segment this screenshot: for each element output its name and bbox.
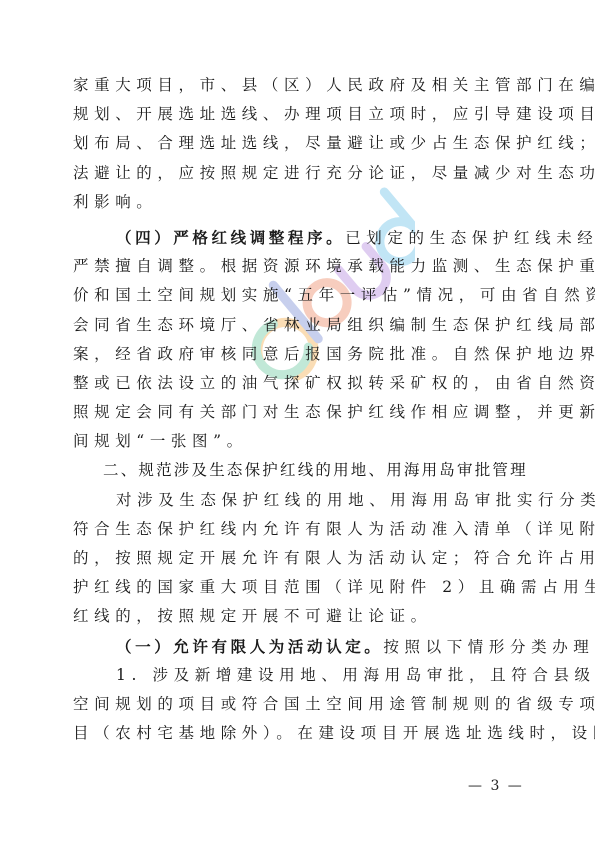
text-line: 照规定会同有关部门对生态保护红线作相应调整，并更新国土空: [73, 398, 525, 427]
text-line: 价和国土空间规划实施“五年一评估”情况，可由省自然资源厅: [73, 281, 525, 310]
subsection-title: （一）允许有限人为活动认定。: [116, 637, 383, 656]
text-line: 1. 涉及新增建设用地、用海用岛审批，且符合县级以上国土: [73, 661, 525, 690]
text-line: 划布局、合理选址选线，尽量避让或少占生态保护红线；确实无: [73, 129, 525, 158]
text-line: 间规划“一张图”。: [73, 427, 525, 456]
document-page: 家重大项目，市、县（区）人民政府及相关主管部门在编制相关 规划、开展选址选线、办…: [0, 0, 595, 841]
text-line: 目（农村宅基地除外）。在建设项目开展选址选线时，设区市人民: [73, 719, 525, 748]
subsection-four-first-line: （四）严格红线调整程序。已划定的生态保护红线未经批准，: [73, 223, 525, 252]
document-body: 家重大项目，市、县（区）人民政府及相关主管部门在编制相关 规划、开展选址选线、办…: [73, 71, 525, 748]
text-line: 整或已依法设立的油气探矿权拟转采矿权的，由省自然资源厅按: [73, 369, 525, 398]
page-number: — 3 —: [468, 778, 524, 794]
text-span: 按照以下情形分类办理：: [383, 638, 595, 656]
text-line: 护红线的国家重大项目范围（详见附件 2）且确需占用生态保护: [73, 573, 525, 602]
text-line: 符合生态保护红线内允许有限人为活动准入清单（详见附件 1）: [73, 515, 525, 544]
text-span: 已划定的生态保护红线未经批准，: [345, 229, 595, 247]
section-heading: 二、规范涉及生态保护红线的用地、用海用岛审批管理: [73, 456, 525, 485]
subsection-one-line: （一）允许有限人为活动认定。按照以下情形分类办理：: [73, 632, 525, 661]
text-line: 法避让的，应按照规定进行充分论证，尽量减少对生态功能的不: [73, 159, 525, 188]
text-line: 严禁擅自调整。根据资源环境承载能力监测、生态保护重要性评: [73, 252, 525, 281]
text-line: 会同省生态环境厅、省林业局组织编制生态保护红线局部调整方: [73, 311, 525, 340]
text-line: 红线的，按照规定开展不可避让论证。: [73, 602, 525, 631]
text-line: 案，经省政府审核同意后报国务院批准。自然保护地边界发生调: [73, 340, 525, 369]
text-line: 利影响。: [73, 188, 525, 217]
text-line: 家重大项目，市、县（区）人民政府及相关主管部门在编制相关: [73, 71, 525, 100]
text-line: 规划、开展选址选线、办理项目立项时，应引导建设项目科学规: [73, 100, 525, 129]
subsection-title: （四）严格红线调整程序。: [116, 228, 345, 247]
text-line: 的，按照规定开展允许有限人为活动认定；符合允许占用生态保: [73, 544, 525, 573]
text-line: 对涉及生态保护红线的用地、用海用岛审批实行分类管理。: [73, 486, 525, 515]
text-line: 空间规划的项目或符合国土空间用途管制规则的省级专项规划项: [73, 690, 525, 719]
